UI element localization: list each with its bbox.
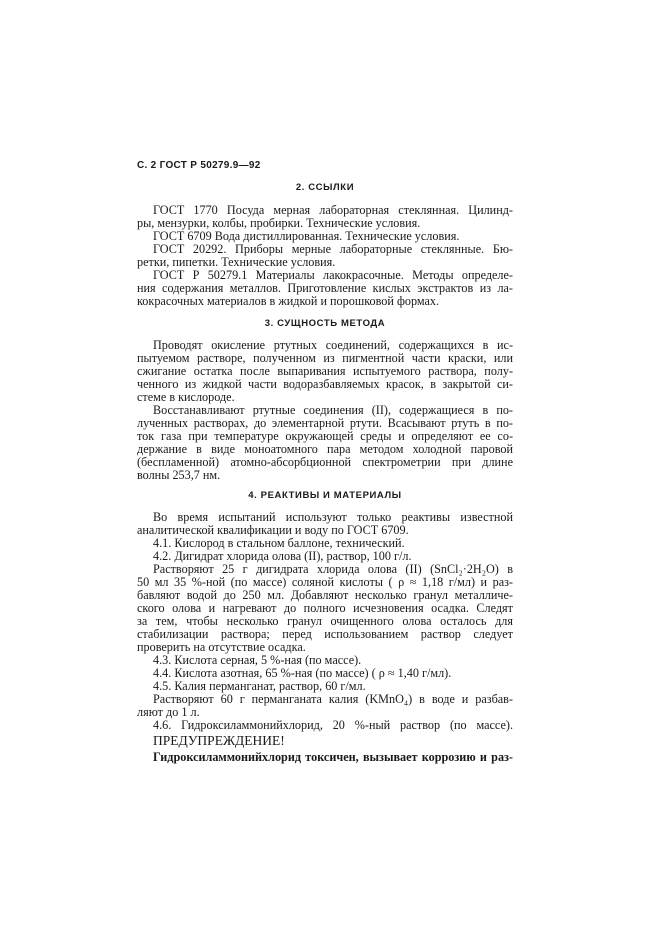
text-line: волны 253,7 нм. [137,469,513,482]
page-header: С. 2 ГОСТ Р 50279.9—92 [137,160,261,171]
section-title-references: 2. ССЫЛКИ [137,182,513,193]
text-line: Гидроксиламмонийхлорид токсичен, вызывае… [137,751,513,764]
text-line: 4.6. Гидроксиламмонийхлорид, 20 %-ный ра… [137,719,513,732]
section-title-method: 3. СУЩНОСТЬ МЕТОДА [137,318,513,329]
text-line: кокрасочных материалов в жидкой и порошк… [137,295,513,308]
warning-heading: ПРЕДУПРЕЖДЕНИЕ! [137,734,513,747]
section-title-reagents: 4. РЕАКТИВЫ И МАТЕРИАЛЫ [137,490,513,501]
document-page: С. 2 ГОСТ Р 50279.9—92 2. ССЫЛКИ ГОСТ 17… [0,0,661,935]
